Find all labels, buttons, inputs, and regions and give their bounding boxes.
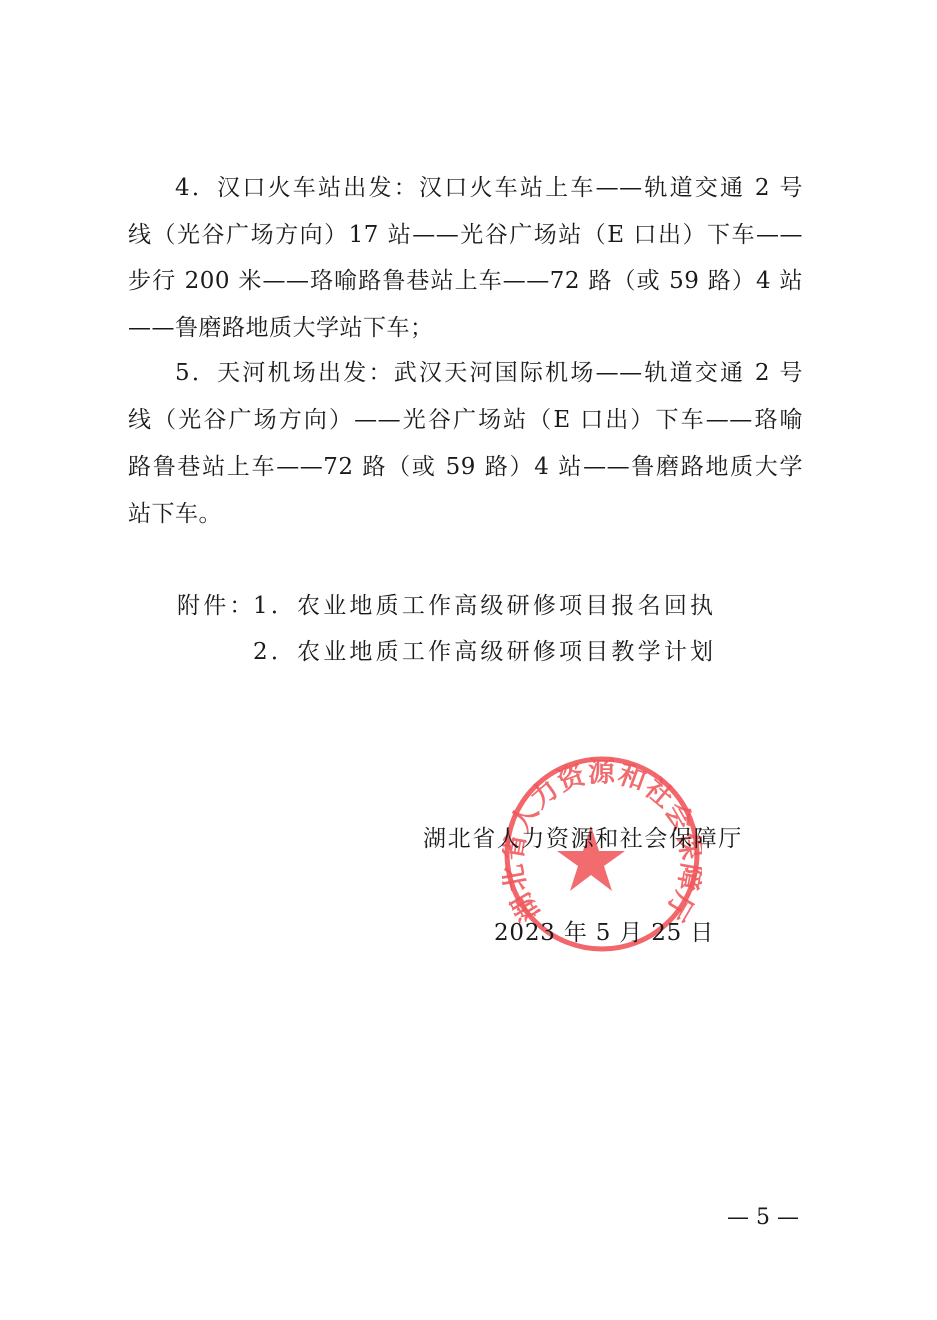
page-number: — 5 — — [727, 1203, 799, 1233]
text-line: 4．汉口火车站出发：汉口火车站上车——轨道交通 2 号 — [175, 173, 803, 203]
attachments-label: 附件： — [177, 591, 256, 621]
text-line: 5．天河机场出发：武汉天河国际机场——轨道交通 2 号 — [175, 358, 803, 388]
text-line: 线（光谷广场方向）17 站——光谷广场站（E 口出）下车—— — [128, 220, 803, 250]
text-line: 线（光谷广场方向）——光谷广场站（E 口出）下车——珞喻 — [128, 405, 803, 435]
text-line: 站下车。 — [128, 499, 803, 529]
text-line: 步行 200 米——珞喻路鲁巷站上车——72 路（或 59 路）4 站 — [128, 266, 803, 296]
text-line: 路鲁巷站上车——72 路（或 59 路）4 站——鲁磨路地质大学 — [128, 452, 803, 482]
text-line: ——鲁磨路地质大学站下车； — [128, 313, 803, 343]
issue-date: 2023 年 5 月 25 日 — [494, 918, 714, 948]
attachment-item: 2．农业地质工作高级研修项目教学计划 — [253, 637, 716, 667]
issuing-organization: 湖北省人力资源和社会保障厅 — [423, 824, 743, 854]
attachment-item: 1．农业地质工作高级研修项目报名回执 — [253, 591, 716, 621]
